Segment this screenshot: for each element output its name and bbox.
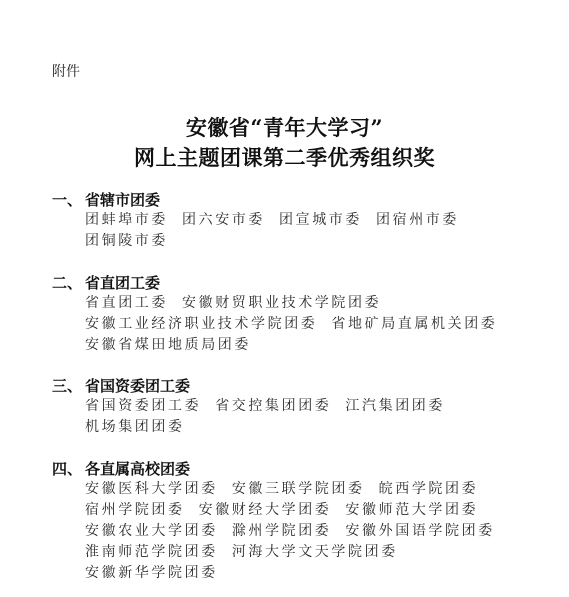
list-item: 安徽财贸职业技术学院团委 [182, 293, 381, 314]
section-title: 省国资委团工委 [85, 376, 190, 396]
list-item: 省交控集团团委 [215, 396, 331, 417]
list-item: 机场集团团委 [85, 417, 185, 438]
list-item: 滁州学院团委 [232, 521, 332, 542]
item-row: 安徽农业大学团委滁州学院团委安徽外国语学院团委 [85, 521, 552, 542]
section-provincial-organs: 二、 省直团工委 省直团工委安徽财贸职业技术学院团委 安徽工业经济职业技术学院团… [52, 273, 552, 356]
section-number: 三、 [52, 376, 85, 396]
item-row: 省国资委团工委省交控集团团委江汽集团团委 [85, 396, 552, 417]
section-provincial-cities: 一、 省辖市团委 团蚌埠市委团六安市委团宣城市委团宿州市委 团铜陵市委 [52, 190, 552, 252]
list-item: 安徽三联学院团委 [232, 479, 365, 500]
list-item: 团铜陵市委 [85, 231, 168, 252]
list-item: 团宣城市委 [279, 210, 362, 231]
list-item: 安徽工业经济职业技术学院团委 [85, 314, 317, 335]
item-row: 宿州学院团委安徽财经大学团委安徽师范大学团委 [85, 500, 552, 521]
list-item: 省国资委团工委 [85, 396, 201, 417]
item-row: 省直团工委安徽财贸职业技术学院团委 [85, 293, 552, 314]
list-item: 安徽财经大学团委 [199, 500, 332, 521]
list-item: 淮南师范学院团委 [85, 542, 218, 563]
section-title: 各直属高校团委 [85, 459, 190, 479]
item-row: 团蚌埠市委团六安市委团宣城市委团宿州市委 [85, 210, 552, 231]
item-row: 安徽医科大学团委安徽三联学院团委皖西学院团委 [85, 479, 552, 500]
section-universities: 四、 各直属高校团委 安徽医科大学团委安徽三联学院团委皖西学院团委 宿州学院团委… [52, 459, 552, 584]
document-title: 安徽省“青年大学习” 网上主题团课第二季优秀组织奖 [0, 113, 569, 173]
list-item: 省地矿局直属机关团委 [331, 314, 497, 335]
list-item: 安徽省煤田地质局团委 [85, 335, 251, 356]
list-item: 皖西学院团委 [379, 479, 479, 500]
section-title: 省直团工委 [85, 273, 160, 293]
section-items: 省国资委团工委省交控集团团委江汽集团团委 机场集团团委 [85, 396, 552, 438]
item-row: 安徽工业经济职业技术学院团委省地矿局直属机关团委 [85, 314, 552, 335]
attachment-label: 附件 [52, 63, 80, 81]
section-items: 省直团工委安徽财贸职业技术学院团委 安徽工业经济职业技术学院团委省地矿局直属机关… [85, 293, 552, 356]
title-line-2: 网上主题团课第二季优秀组织奖 [0, 143, 569, 173]
list-item: 团宿州市委 [376, 210, 459, 231]
list-item: 团蚌埠市委 [85, 210, 168, 231]
list-item: 安徽农业大学团委 [85, 521, 218, 542]
section-items: 团蚌埠市委团六安市委团宣城市委团宿州市委 团铜陵市委 [85, 210, 552, 252]
list-item: 安徽新华学院团委 [85, 563, 218, 584]
item-row: 淮南师范学院团委河海大学文天学院团委 [85, 542, 552, 563]
title-line-1: 安徽省“青年大学习” [0, 113, 569, 143]
item-row: 安徽省煤田地质局团委 [85, 335, 552, 356]
section-heading: 一、 省辖市团委 [52, 190, 552, 210]
list-item: 安徽师范大学团委 [345, 500, 478, 521]
list-item: 河海大学文天学院团委 [232, 542, 398, 563]
item-row: 机场集团团委 [85, 417, 552, 438]
section-heading: 三、 省国资委团工委 [52, 376, 552, 396]
list-item: 宿州学院团委 [85, 500, 185, 521]
list-item: 团六安市委 [182, 210, 265, 231]
section-title: 省辖市团委 [85, 190, 160, 210]
list-item: 省直团工委 [85, 293, 168, 314]
list-item: 安徽医科大学团委 [85, 479, 218, 500]
section-state-assets: 三、 省国资委团工委 省国资委团工委省交控集团团委江汽集团团委 机场集团团委 [52, 376, 552, 438]
list-item: 江汽集团团委 [345, 396, 445, 417]
section-number: 二、 [52, 273, 85, 293]
section-heading: 二、 省直团工委 [52, 273, 552, 293]
list-item: 安徽外国语学院团委 [345, 521, 494, 542]
section-items: 安徽医科大学团委安徽三联学院团委皖西学院团委 宿州学院团委安徽财经大学团委安徽师… [85, 479, 552, 584]
item-row: 团铜陵市委 [85, 231, 552, 252]
section-heading: 四、 各直属高校团委 [52, 459, 552, 479]
section-number: 四、 [52, 459, 85, 479]
item-row: 安徽新华学院团委 [85, 563, 552, 584]
section-number: 一、 [52, 190, 85, 210]
